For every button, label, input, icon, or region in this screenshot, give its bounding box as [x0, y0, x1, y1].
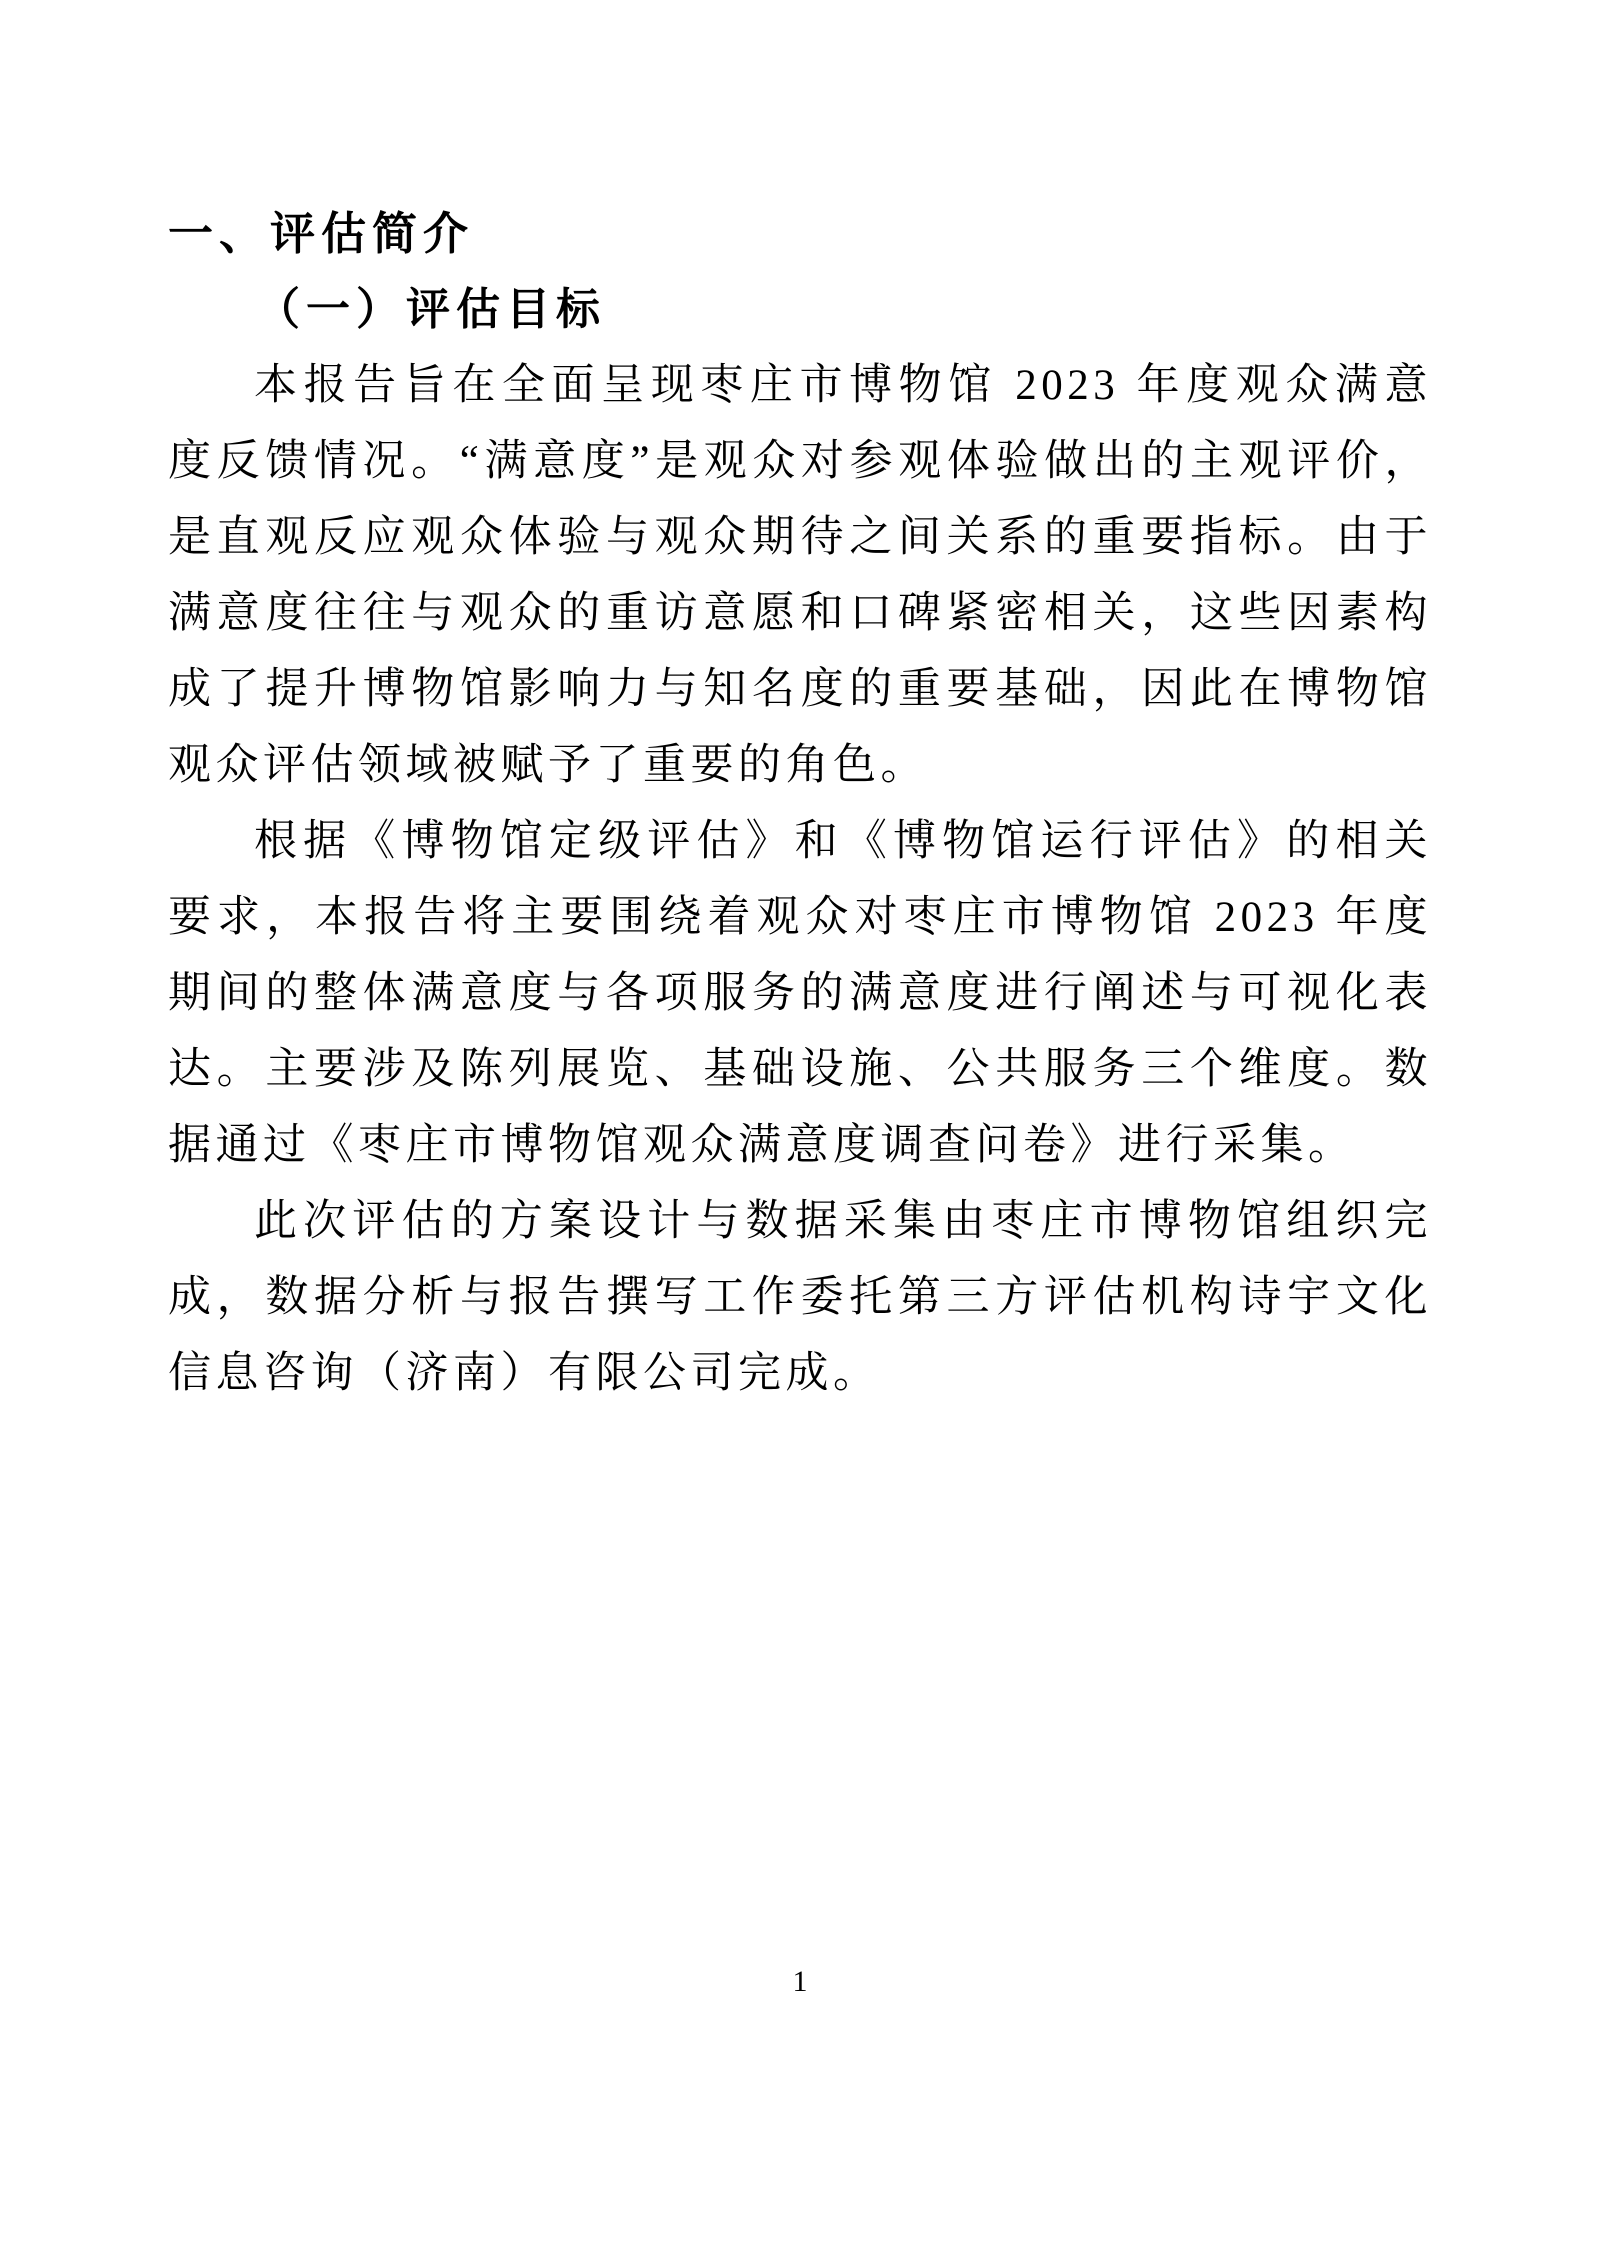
page-number: 1 [0, 1962, 1600, 2002]
document-page: 一、评估简介 （一）评估目标 本报告旨在全面呈现枣庄市博物馆 2023 年度观众… [0, 0, 1600, 2262]
paragraph-evaluation-purpose: 本报告旨在全面呈现枣庄市博物馆 2023 年度观众满意度反馈情况。“满意度”是观… [168, 348, 1432, 804]
document-body: 一、评估简介 （一）评估目标 本报告旨在全面呈现枣庄市博物馆 2023 年度观众… [168, 196, 1432, 1412]
subsection-heading: （一）评估目标 [168, 272, 1432, 348]
paragraph-evaluation-organizers: 此次评估的方案设计与数据采集由枣庄市博物馆组织完成，数据分析与报告撰写工作委托第… [168, 1184, 1432, 1412]
section-heading: 一、评估简介 [168, 196, 1432, 272]
paragraph-evaluation-scope: 根据《博物馆定级评估》和《博物馆运行评估》的相关要求，本报告将主要围绕着观众对枣… [168, 804, 1432, 1184]
